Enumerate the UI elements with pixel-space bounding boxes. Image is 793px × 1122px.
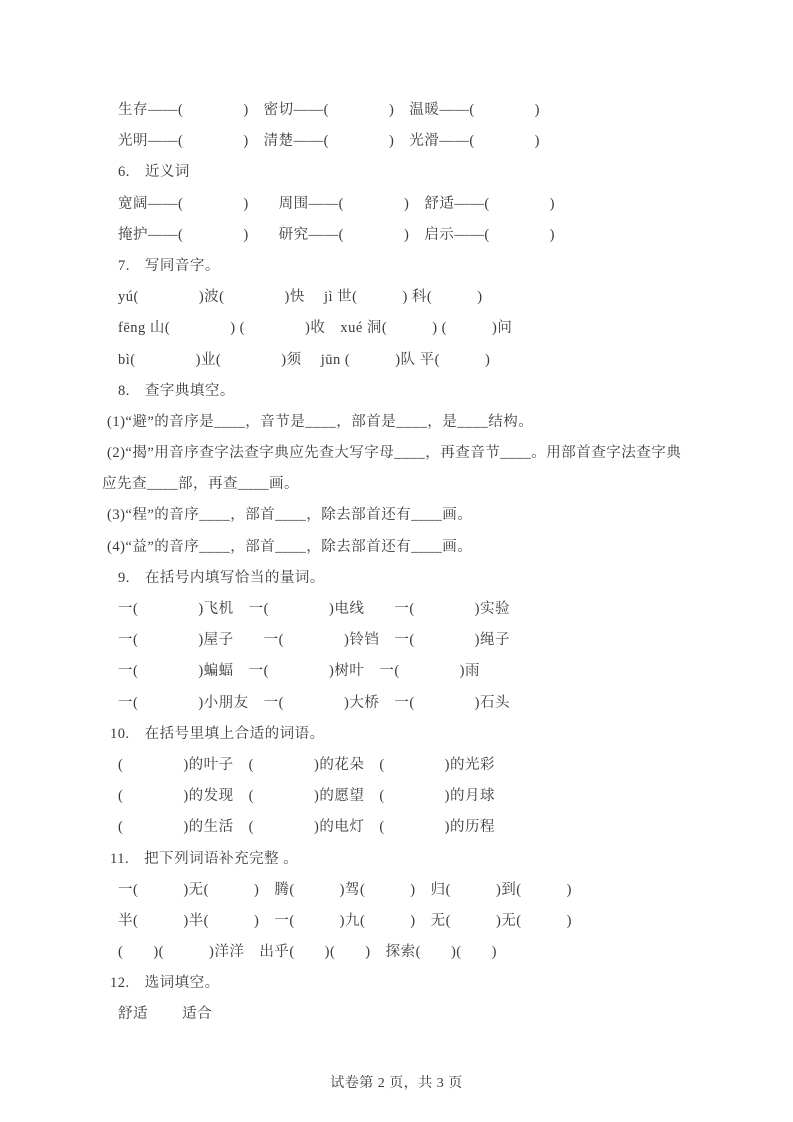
test-paper-page: 生存——( ) 密切——( ) 温暖——( )光明——( ) 清楚——( ) 光… [0,0,793,1122]
homophone-row-2: fēng 山( ) ( )收 xué 洞( ) ( )问 [100,313,738,344]
page-content: 生存——( ) 密切——( ) 温暖——( )光明——( ) 清楚——( ) 光… [100,95,738,1031]
dictionary-item-3: (3)“程”的音序____，部首____，除去部首还有____画。 [100,500,738,531]
measure-word-row-1: 一( )飞机 一( )电线 一( )实验 [100,594,738,625]
measure-word-row-3: 一( )蝙蝠 一( )树叶 一( )雨 [100,656,738,687]
dictionary-item-1: (1)“避”的音序是____，音节是____，部首是____，是____结构。 [100,407,738,438]
dictionary-item-2: (2)“揭”用音序查字法查字典应先查大写字母____，再查音节____。用部首查… [100,438,738,469]
idiom-row-2: 半( )半( ) 一( )九( ) 无( )无( ) [100,906,738,937]
measure-word-row-2: 一( )屋子 一( )铃铛 一( )绳子 [100,625,738,656]
question-6-header: 6. 近义词 [100,157,738,188]
page-number-text: 试卷第 2 页，共 3 页 [330,1076,463,1091]
question-7-header: 7. 写同音字。 [100,251,738,282]
word-bank-row: 舒适 适合 [100,999,738,1030]
phrase-row-2: ( )的发现 ( )的愿望 ( )的月球 [100,781,738,812]
synonym-row-2: 掩护——( ) 研究——( ) 启示——( ) [100,220,738,251]
page-footer: 试卷第 2 页，共 3 页 [0,1072,793,1092]
question-10-header: 10. 在括号里填上合适的词语。 [100,719,738,750]
measure-word-row-4: 一( )小朋友 一( )大桥 一( )石头 [100,688,738,719]
homophone-row-3: bì( )业( )须 jūn ( )队 平( ) [100,345,738,376]
antonym-row-2: 光明——( ) 清楚——( ) 光滑——( ) [100,126,738,157]
idiom-row-1: 一( )无( ) 腾( )驾( ) 归( )到( ) [100,875,738,906]
synonym-row-1: 宽阔——( ) 周围——( ) 舒适——( ) [100,189,738,220]
question-8-header: 8. 查字典填空。 [100,376,738,407]
question-9-header: 9. 在括号内填写恰当的量词。 [100,563,738,594]
antonym-row-1: 生存——( ) 密切——( ) 温暖——( ) [100,95,738,126]
question-12-header: 12. 选词填空。 [100,968,738,999]
phrase-row-1: ( )的叶子 ( )的花朵 ( )的光彩 [100,750,738,781]
dictionary-item-2-continued: 应先查____部，再查____画。 [100,469,738,500]
homophone-row-1: yú( )波( )快 jì 世( ) 科( ) [100,282,738,313]
idiom-row-3: ( )( )洋洋 出乎( )( ) 探索( )( ) [100,937,738,968]
phrase-row-3: ( )的生活 ( )的电灯 ( )的历程 [100,812,738,843]
question-11-header: 11. 把下列词语补充完整 。 [100,844,738,875]
dictionary-item-4: (4)“益”的音序____，部首____，除去部首还有____画。 [100,532,738,563]
